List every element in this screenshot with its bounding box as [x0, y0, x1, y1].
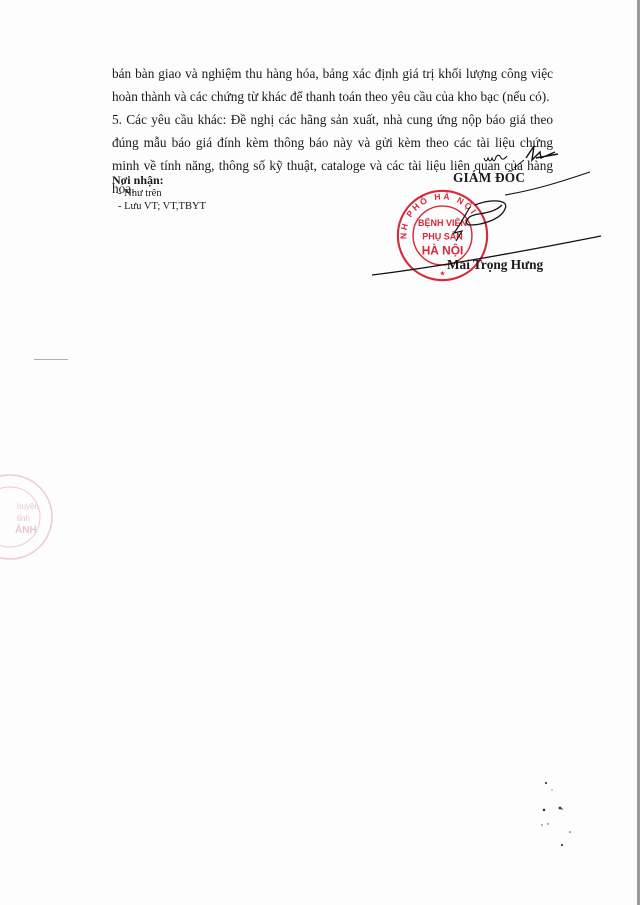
document-page: bán bàn giao và nghiệm thu hàng hóa, bản…: [0, 0, 640, 905]
svg-text:tỉnh: tỉnh: [17, 514, 30, 523]
scan-noise: [540, 780, 600, 860]
paragraph-payment-docs: bán bàn giao và nghiệm thu hàng hóa, bản…: [112, 62, 553, 108]
recipient-item: - Như trên: [112, 187, 206, 200]
recipient-item: - Lưu VT; VT,TBYT: [112, 200, 206, 213]
signer-name: Mai Trọng Hưng: [447, 257, 543, 273]
stamp-line-2: PHỤ SẢN: [422, 230, 463, 241]
stamp-line-3: HÀ NỘI: [422, 243, 464, 258]
svg-text:ẢNH: ẢNH: [15, 523, 37, 536]
recipients-title: Nơi nhận:: [112, 174, 206, 187]
faded-stamp-imprint: huyện tỉnh ẢNH: [0, 467, 55, 567]
signature-position: GIÁM ĐỐC: [453, 170, 525, 186]
margin-mark: [34, 359, 68, 360]
stamp-line-1: BỆNH VIỆN: [418, 217, 467, 228]
star-icon: ★: [440, 270, 446, 277]
svg-text:huyện: huyện: [17, 502, 39, 511]
recipients-block: Nơi nhận: - Như trên - Lưu VT; VT,TBYT: [112, 174, 206, 213]
